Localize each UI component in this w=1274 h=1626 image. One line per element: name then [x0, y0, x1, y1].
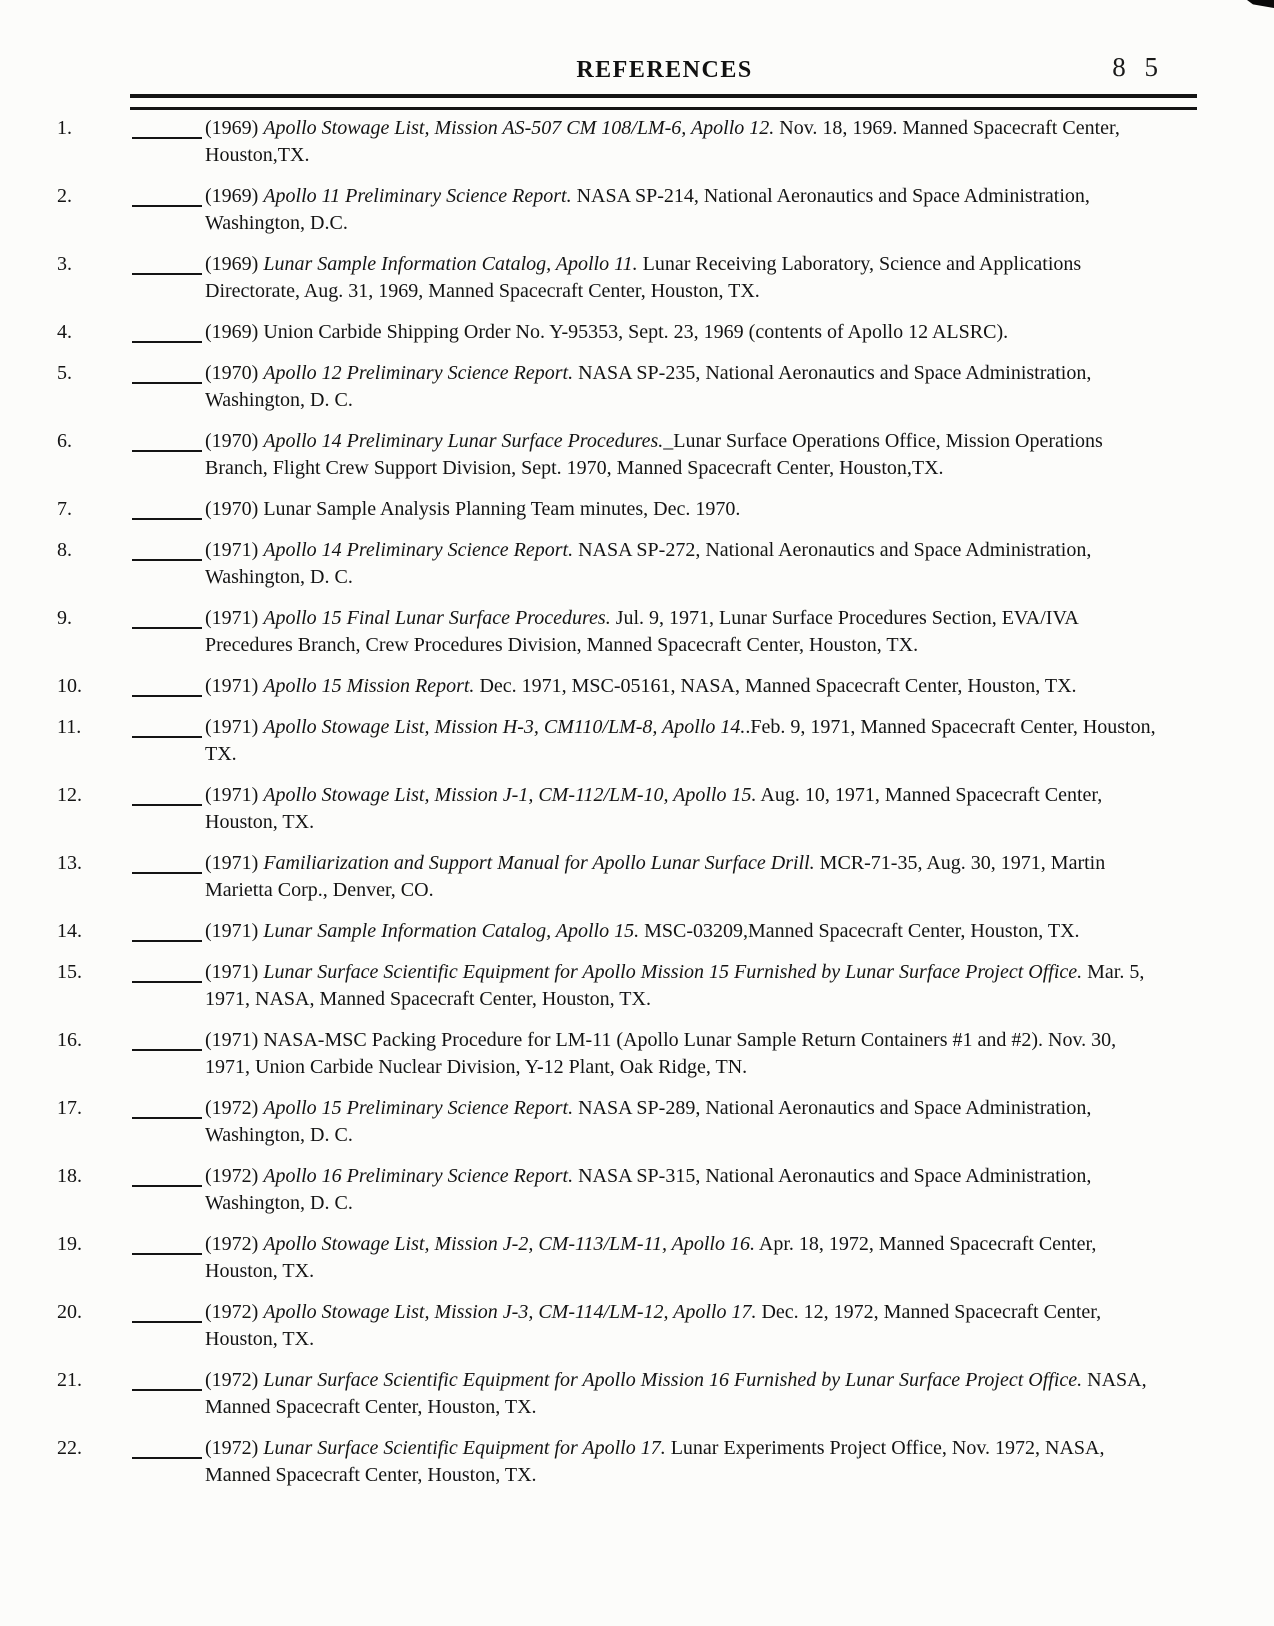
reference-blank-line	[132, 1457, 202, 1459]
reference-blank-line	[132, 736, 202, 738]
reference-year: (1970)	[205, 498, 258, 520]
reference-title-italic: Lunar Sample Information Catalog, Apollo…	[263, 253, 637, 275]
reference-blank-line	[132, 872, 202, 874]
reference-entry: 22.(1972)Lunar Surface Scientific Equipm…	[131, 1435, 1156, 1489]
reference-lead: 15.	[131, 959, 205, 986]
reference-title-italic: Apollo Stowage List, Mission J-1, CM-112…	[263, 784, 756, 806]
reference-entry: 15.(1971)Lunar Surface Scientific Equipm…	[131, 959, 1156, 1013]
reference-entry: 8.(1971)Apollo 14 Preliminary Science Re…	[131, 537, 1156, 591]
reference-lead: 1.	[131, 115, 205, 142]
reference-lead: 7.	[131, 496, 205, 523]
reference-entry: 17.(1972)Apollo 15 Preliminary Science R…	[131, 1095, 1156, 1149]
header-double-rule	[130, 94, 1197, 110]
reference-blank-line	[132, 695, 202, 697]
reference-lead: 11.	[131, 714, 205, 741]
reference-lead: 13.	[131, 850, 205, 877]
reference-year: (1971)	[205, 852, 258, 874]
reference-entry: 10.(1971)Apollo 15 Mission Report. Dec. …	[131, 673, 1156, 700]
reference-title-italic: Familiarization and Support Manual for A…	[263, 852, 814, 874]
reference-lead: 17.	[131, 1095, 205, 1122]
reference-blank-line	[132, 205, 202, 207]
reference-year: (1972)	[205, 1097, 258, 1119]
reference-year: (1972)	[205, 1369, 258, 1391]
reference-lead: 16.	[131, 1027, 205, 1054]
reference-year: (1972)	[205, 1301, 258, 1323]
reference-blank-line	[132, 1049, 202, 1051]
reference-text: NASA-MSC Packing Procedure for LM-11 (Ap…	[205, 1029, 1116, 1078]
reference-entry: 6.(1970)Apollo 14 Preliminary Lunar Surf…	[131, 428, 1156, 482]
reference-title-italic: Apollo Stowage List, Mission J-3, CM-114…	[263, 1301, 756, 1323]
reference-entry: 2.(1969)Apollo 11 Preliminary Science Re…	[131, 183, 1156, 237]
reference-year: (1971)	[205, 961, 258, 983]
reference-lead: 20.	[131, 1299, 205, 1326]
reference-entry: 14.(1971)Lunar Sample Information Catalo…	[131, 918, 1156, 945]
reference-lead: 18.	[131, 1163, 205, 1190]
reference-title-italic: Lunar Surface Scientific Equipment for A…	[263, 961, 1082, 983]
reference-title-italic: Lunar Sample Information Catalog, Apollo…	[263, 920, 639, 942]
reference-title-italic: Apollo 11 Preliminary Science Report.	[263, 185, 571, 207]
reference-year: (1971)	[205, 675, 258, 697]
reference-year: (1971)	[205, 920, 258, 942]
reference-blank-line	[132, 382, 202, 384]
reference-year: (1969)	[205, 185, 258, 207]
reference-year: (1969)	[205, 321, 258, 343]
reference-title-italic: Apollo 15 Preliminary Science Report.	[263, 1097, 573, 1119]
reference-blank-line	[132, 137, 202, 139]
reference-lead: 12.	[131, 782, 205, 809]
reference-title-italic: Lunar Surface Scientific Equipment for A…	[263, 1437, 665, 1459]
reference-lead: 10.	[131, 673, 205, 700]
reference-blank-line	[132, 341, 202, 343]
reference-entry: 20.(1972)Apollo Stowage List, Mission J-…	[131, 1299, 1156, 1353]
reference-lead: 19.	[131, 1231, 205, 1258]
page-number: 8 5	[1112, 52, 1164, 83]
reference-entry: 16.(1971)NASA-MSC Packing Procedure for …	[131, 1027, 1156, 1081]
reference-text: MSC-03209,Manned Spacecraft Center, Hous…	[639, 920, 1079, 942]
reference-year: (1972)	[205, 1233, 258, 1255]
reference-blank-line	[132, 627, 202, 629]
reference-entry: 7.(1970)Lunar Sample Analysis Planning T…	[131, 496, 1156, 523]
reference-year: (1971)	[205, 539, 258, 561]
reference-blank-line	[132, 1389, 202, 1391]
reference-blank-line	[132, 518, 202, 520]
reference-year: (1970)	[205, 362, 258, 384]
reference-blank-line	[132, 1185, 202, 1187]
reference-entry: 4.(1969)Union Carbide Shipping Order No.…	[131, 319, 1156, 346]
reference-lead: 5.	[131, 360, 205, 387]
reference-blank-line	[132, 450, 202, 452]
reference-entry: 18.(1972)Apollo 16 Preliminary Science R…	[131, 1163, 1156, 1217]
reference-entry: 9.(1971)Apollo 15 Final Lunar Surface Pr…	[131, 605, 1156, 659]
reference-year: (1971)	[205, 716, 258, 738]
reference-year: (1970)	[205, 430, 258, 452]
reference-blank-line	[132, 1117, 202, 1119]
reference-lead: 3.	[131, 251, 205, 278]
reference-blank-line	[132, 981, 202, 983]
reference-blank-line	[132, 273, 202, 275]
reference-year: (1971)	[205, 784, 258, 806]
reference-lead: 6.	[131, 428, 205, 455]
references-list: 1.(1969)Apollo Stowage List, Mission AS-…	[131, 115, 1156, 1503]
reference-entry: 1.(1969)Apollo Stowage List, Mission AS-…	[131, 115, 1156, 169]
reference-entry: 13.(1971)Familiarization and Support Man…	[131, 850, 1156, 904]
reference-entry: 21.(1972)Lunar Surface Scientific Equipm…	[131, 1367, 1156, 1421]
reference-title-italic: Apollo 14 Preliminary Science Report.	[263, 539, 573, 561]
reference-entry: 12.(1971)Apollo Stowage List, Mission J-…	[131, 782, 1156, 836]
reference-entry: 5.(1970)Apollo 12 Preliminary Science Re…	[131, 360, 1156, 414]
reference-blank-line	[132, 559, 202, 561]
reference-text: Lunar Sample Analysis Planning Team minu…	[263, 498, 740, 520]
reference-title-italic: Apollo 14 Preliminary Lunar Surface Proc…	[263, 430, 673, 452]
document-page: REFERENCES 8 5 1.(1969)Apollo Stowage Li…	[0, 0, 1274, 1626]
reference-year: (1972)	[205, 1437, 258, 1459]
reference-blank-line	[132, 940, 202, 942]
reference-title-italic: Apollo Stowage List, Mission J-2, CM-113…	[263, 1233, 755, 1255]
reference-title-italic: Lunar Surface Scientific Equipment for A…	[263, 1369, 1082, 1391]
reference-year: (1969)	[205, 117, 258, 139]
reference-entry: 3.(1969)Lunar Sample Information Catalog…	[131, 251, 1156, 305]
reference-text: Union Carbide Shipping Order No. Y-95353…	[263, 321, 1008, 343]
reference-year: (1971)	[205, 1029, 258, 1051]
reference-title-italic: Apollo 15 Mission Report.	[263, 675, 474, 697]
scan-corner-artifact	[1247, 0, 1274, 8]
reference-lead: 8.	[131, 537, 205, 564]
reference-blank-line	[132, 1321, 202, 1323]
page-title: REFERENCES	[132, 57, 1197, 84]
reference-year: (1971)	[205, 607, 258, 629]
reference-entry: 11.(1971)Apollo Stowage List, Mission H-…	[131, 714, 1156, 768]
reference-lead: 2.	[131, 183, 205, 210]
reference-lead: 22.	[131, 1435, 205, 1462]
reference-lead: 14.	[131, 918, 205, 945]
reference-entry: 19.(1972)Apollo Stowage List, Mission J-…	[131, 1231, 1156, 1285]
reference-title-italic: Apollo 16 Preliminary Science Report.	[263, 1165, 573, 1187]
reference-title-italic: Apollo 12 Preliminary Science Report.	[263, 362, 573, 384]
reference-text: Dec. 1971, MSC-05161, NASA, Manned Space…	[474, 675, 1076, 697]
reference-lead: 4.	[131, 319, 205, 346]
reference-lead: 21.	[131, 1367, 205, 1394]
reference-title-italic: Apollo Stowage List, Mission H-3, CM110/…	[263, 716, 745, 738]
reference-blank-line	[132, 1253, 202, 1255]
reference-year: (1972)	[205, 1165, 258, 1187]
reference-lead: 9.	[131, 605, 205, 632]
reference-blank-line	[132, 804, 202, 806]
reference-title-italic: Apollo Stowage List, Mission AS-507 CM 1…	[263, 117, 774, 139]
reference-year: (1969)	[205, 253, 258, 275]
reference-title-italic: Apollo 15 Final Lunar Surface Procedures…	[263, 607, 610, 629]
